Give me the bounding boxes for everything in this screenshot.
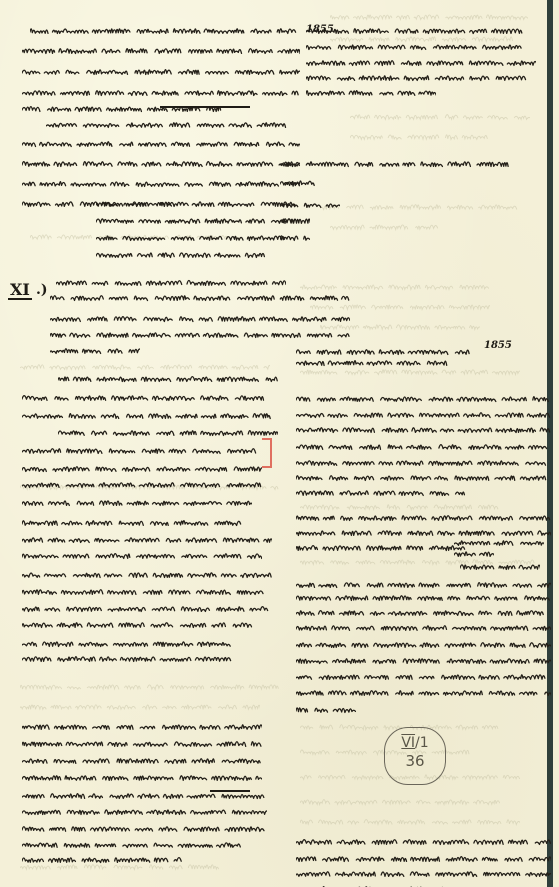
archive-stamp-top: VI/1 xyxy=(385,734,445,752)
red-editorial-bracket xyxy=(262,438,272,468)
bleed-through-line xyxy=(300,815,520,827)
handwriting-line xyxy=(296,686,551,698)
handwriting-line xyxy=(280,231,310,243)
handwriting-line xyxy=(296,882,446,887)
handwriting-line xyxy=(58,372,278,384)
handwriting-line xyxy=(296,638,551,650)
bleed-through-line xyxy=(300,795,500,807)
handwriting-line xyxy=(22,409,272,421)
handwriting-line xyxy=(306,56,536,68)
handwriting-line xyxy=(46,118,296,130)
handwriting-line xyxy=(296,654,551,666)
bleed-through-line xyxy=(330,10,530,22)
handwriting-line xyxy=(22,516,242,528)
handwriting-line xyxy=(22,391,272,403)
handwriting-line xyxy=(58,426,278,438)
handwriting-line xyxy=(22,637,242,649)
handwriting-line xyxy=(22,496,252,508)
handwriting-line xyxy=(22,65,300,77)
handwriting-line xyxy=(280,157,510,169)
handwriting-line xyxy=(296,511,551,523)
handwriting-line xyxy=(50,291,350,303)
handwriting-line xyxy=(22,157,300,169)
bleed-through-line xyxy=(20,680,280,692)
bleed-through-line xyxy=(320,200,520,212)
handwriting-line xyxy=(22,137,300,149)
handwriting-line xyxy=(296,835,551,847)
handwriting-line xyxy=(22,737,262,749)
handwriting-line xyxy=(22,585,272,597)
bleed-through-line xyxy=(20,360,270,372)
handwriting-line xyxy=(454,547,494,559)
bleed-through-line xyxy=(350,130,500,142)
handwriting-line xyxy=(22,86,300,98)
manuscript-page: XI .) 1855 1855 VI/1 36 xyxy=(0,0,553,887)
handwriting-line xyxy=(22,177,300,189)
handwriting-line xyxy=(22,602,272,614)
handwriting-line xyxy=(296,703,356,715)
handwriting-line xyxy=(296,852,551,864)
handwriting-line xyxy=(22,652,232,664)
strikethrough-mark xyxy=(210,790,250,792)
handwriting-line xyxy=(56,276,286,288)
handwriting-line xyxy=(50,344,140,356)
handwriting-line xyxy=(22,853,182,865)
section-numeral-paren: .) xyxy=(36,282,48,298)
handwriting-line xyxy=(22,822,267,834)
handwriting-line xyxy=(296,541,466,553)
strikethrough-mark xyxy=(160,106,250,108)
handwriting-line xyxy=(280,198,340,210)
handwriting-line xyxy=(296,606,551,618)
handwriting-line xyxy=(296,591,551,603)
handwriting-line xyxy=(296,867,551,879)
handwriting-line xyxy=(22,102,222,114)
handwriting-line xyxy=(22,444,262,456)
handwriting-line xyxy=(22,771,262,783)
handwriting-line xyxy=(96,197,296,209)
handwriting-line xyxy=(96,214,296,226)
handwriting-line xyxy=(22,533,272,545)
handwriting-line xyxy=(306,71,534,83)
handwriting-line xyxy=(296,440,551,452)
handwriting-line xyxy=(280,214,310,226)
handwriting-line xyxy=(296,621,551,633)
handwriting-line xyxy=(22,44,300,56)
handwriting-line xyxy=(296,456,551,468)
bleed-through-line xyxy=(20,700,260,712)
bleed-through-line xyxy=(330,220,450,232)
handwriting-line xyxy=(306,40,534,52)
margin-year-top: 1855 xyxy=(306,24,334,35)
handwriting-line xyxy=(96,231,296,243)
handwriting-line xyxy=(96,248,276,260)
handwriting-line xyxy=(22,618,262,630)
handwriting-line xyxy=(22,549,262,561)
handwriting-line xyxy=(22,805,267,817)
archive-stamp-bottom: 36 xyxy=(385,752,445,770)
handwriting-line xyxy=(50,312,350,324)
margin-year-mid: 1855 xyxy=(484,340,512,351)
handwriting-line xyxy=(280,176,320,188)
archive-stamp: VI/1 36 xyxy=(384,727,446,785)
handwriting-line xyxy=(460,560,540,572)
handwriting-line xyxy=(30,24,300,36)
section-numeral: XI xyxy=(8,282,32,300)
handwriting-line xyxy=(306,86,436,98)
handwriting-line xyxy=(22,838,242,850)
handwriting-line xyxy=(296,423,551,435)
handwriting-line xyxy=(306,24,531,36)
handwriting-line xyxy=(22,462,262,474)
handwriting-line xyxy=(22,754,262,766)
handwriting-line xyxy=(296,356,456,368)
handwriting-line xyxy=(296,670,551,682)
handwriting-line xyxy=(296,486,466,498)
handwriting-line xyxy=(22,568,272,580)
handwriting-line xyxy=(22,720,262,732)
handwriting-line xyxy=(296,471,551,483)
handwriting-line xyxy=(296,408,551,420)
handwriting-line xyxy=(22,478,262,490)
handwriting-line xyxy=(296,578,551,590)
handwriting-line xyxy=(50,328,350,340)
handwriting-line xyxy=(296,392,551,404)
bleed-through-line xyxy=(350,110,530,122)
